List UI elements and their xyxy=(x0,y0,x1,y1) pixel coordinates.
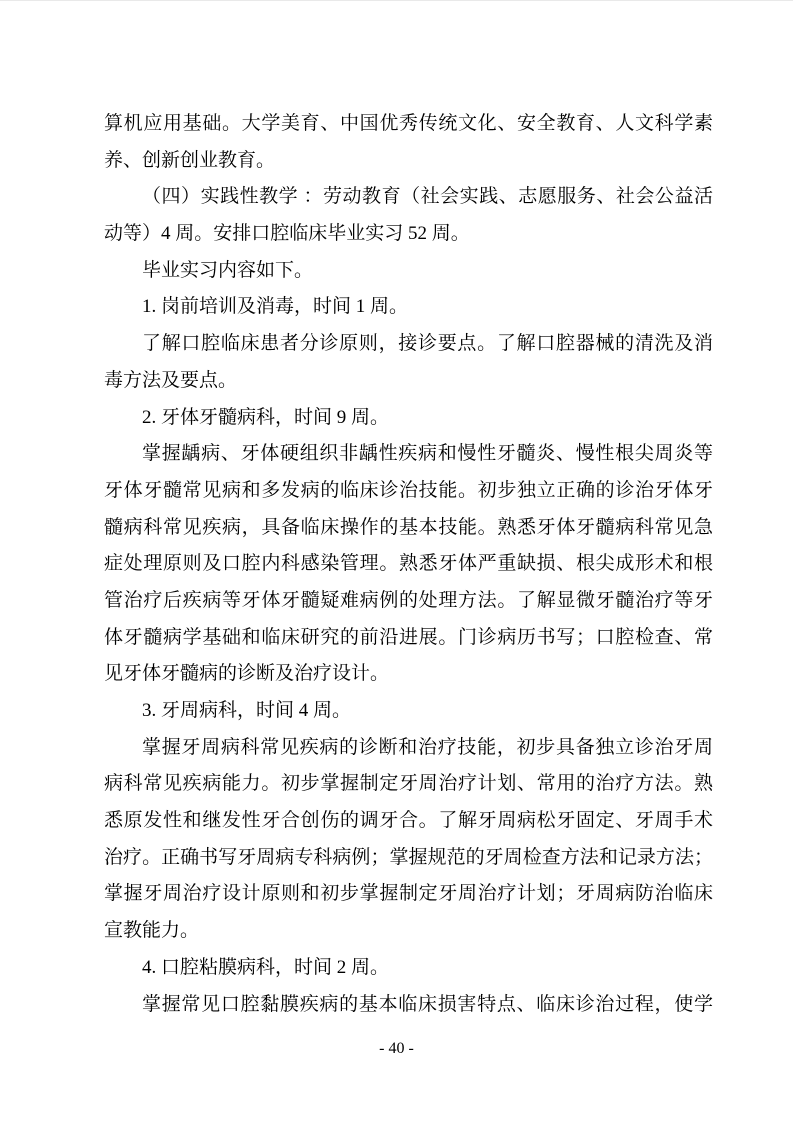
text-line: 毒方法及要点。 xyxy=(104,363,713,400)
text-line: 症处理原则及口腔内科感染管理。熟悉牙体严重缺损、根尖成形术和根 xyxy=(104,546,713,583)
text-line: 4. 口腔粘膜病科，时间 2 周。 xyxy=(104,950,713,987)
text-line: 体牙髓病学基础和临床研究的前沿进展。门诊病历书写；口腔检查、常 xyxy=(104,620,713,657)
page-number: - 40 - xyxy=(0,1036,793,1062)
text-line: 养、创新创业教育。 xyxy=(104,143,713,180)
text-line: 掌握常见口腔黏膜疾病的基本临床损害特点、临床诊治过程，使学 xyxy=(104,987,713,1024)
page-top-edge xyxy=(0,0,793,1)
text-line: 见牙体牙髓病的诊断及治疗设计。 xyxy=(104,656,713,693)
text-line: 掌握龋病、牙体硬组织非龋性疾病和慢性牙髓炎、慢性根尖周炎等 xyxy=(104,436,713,473)
text-line: 管治疗后疾病等牙体牙髓疑难病例的处理方法。了解显微牙髓治疗等牙 xyxy=(104,583,713,620)
text-line: 治疗。正确书写牙周病专科病例；掌握规范的牙周检查方法和记录方法； xyxy=(104,840,713,877)
text-line: 动等）4 周。安排口腔临床毕业实习 52 周。 xyxy=(104,216,713,253)
text-line: 2. 牙体牙髓病科，时间 9 周。 xyxy=(104,400,713,437)
text-line: 1. 岗前培训及消毒，时间 1 周。 xyxy=(104,289,713,326)
text-line: 牙体牙髓常见病和多发病的临床诊治技能。初步独立正确的诊治牙体牙 xyxy=(104,473,713,510)
document-page: 算机应用基础。大学美育、中国优秀传统文化、安全教育、人文科学素养、创新创业教育。… xyxy=(0,0,793,1122)
text-line: 髓病科常见疾病，具备临床操作的基本技能。熟悉牙体牙髓病科常见急 xyxy=(104,510,713,547)
text-line: 悉原发性和继发性牙合创伤的调牙合。了解牙周病松牙固定、牙周手术 xyxy=(104,803,713,840)
text-line: 掌握牙周治疗设计原则和初步掌握制定牙周治疗计划；牙周病防治临床 xyxy=(104,876,713,913)
text-line: 宣教能力。 xyxy=(104,913,713,950)
text-line: 了解口腔临床患者分诊原则，接诊要点。了解口腔器械的清洗及消 xyxy=(104,326,713,363)
text-line: 毕业实习内容如下。 xyxy=(104,253,713,290)
text-line: （四）实践性教学 ：劳动教育（社会实践、志愿服务、社会公益活 xyxy=(104,179,713,216)
document-body: 算机应用基础。大学美育、中国优秀传统文化、安全教育、人文科学素养、创新创业教育。… xyxy=(104,106,713,1023)
text-line: 算机应用基础。大学美育、中国优秀传统文化、安全教育、人文科学素 xyxy=(104,106,713,143)
text-line: 病科常见疾病能力。初步掌握制定牙周治疗计划、常用的治疗方法。熟 xyxy=(104,766,713,803)
text-line: 3. 牙周病科，时间 4 周。 xyxy=(104,693,713,730)
text-line: 掌握牙周病科常见疾病的诊断和治疗技能，初步具备独立诊治牙周 xyxy=(104,730,713,767)
